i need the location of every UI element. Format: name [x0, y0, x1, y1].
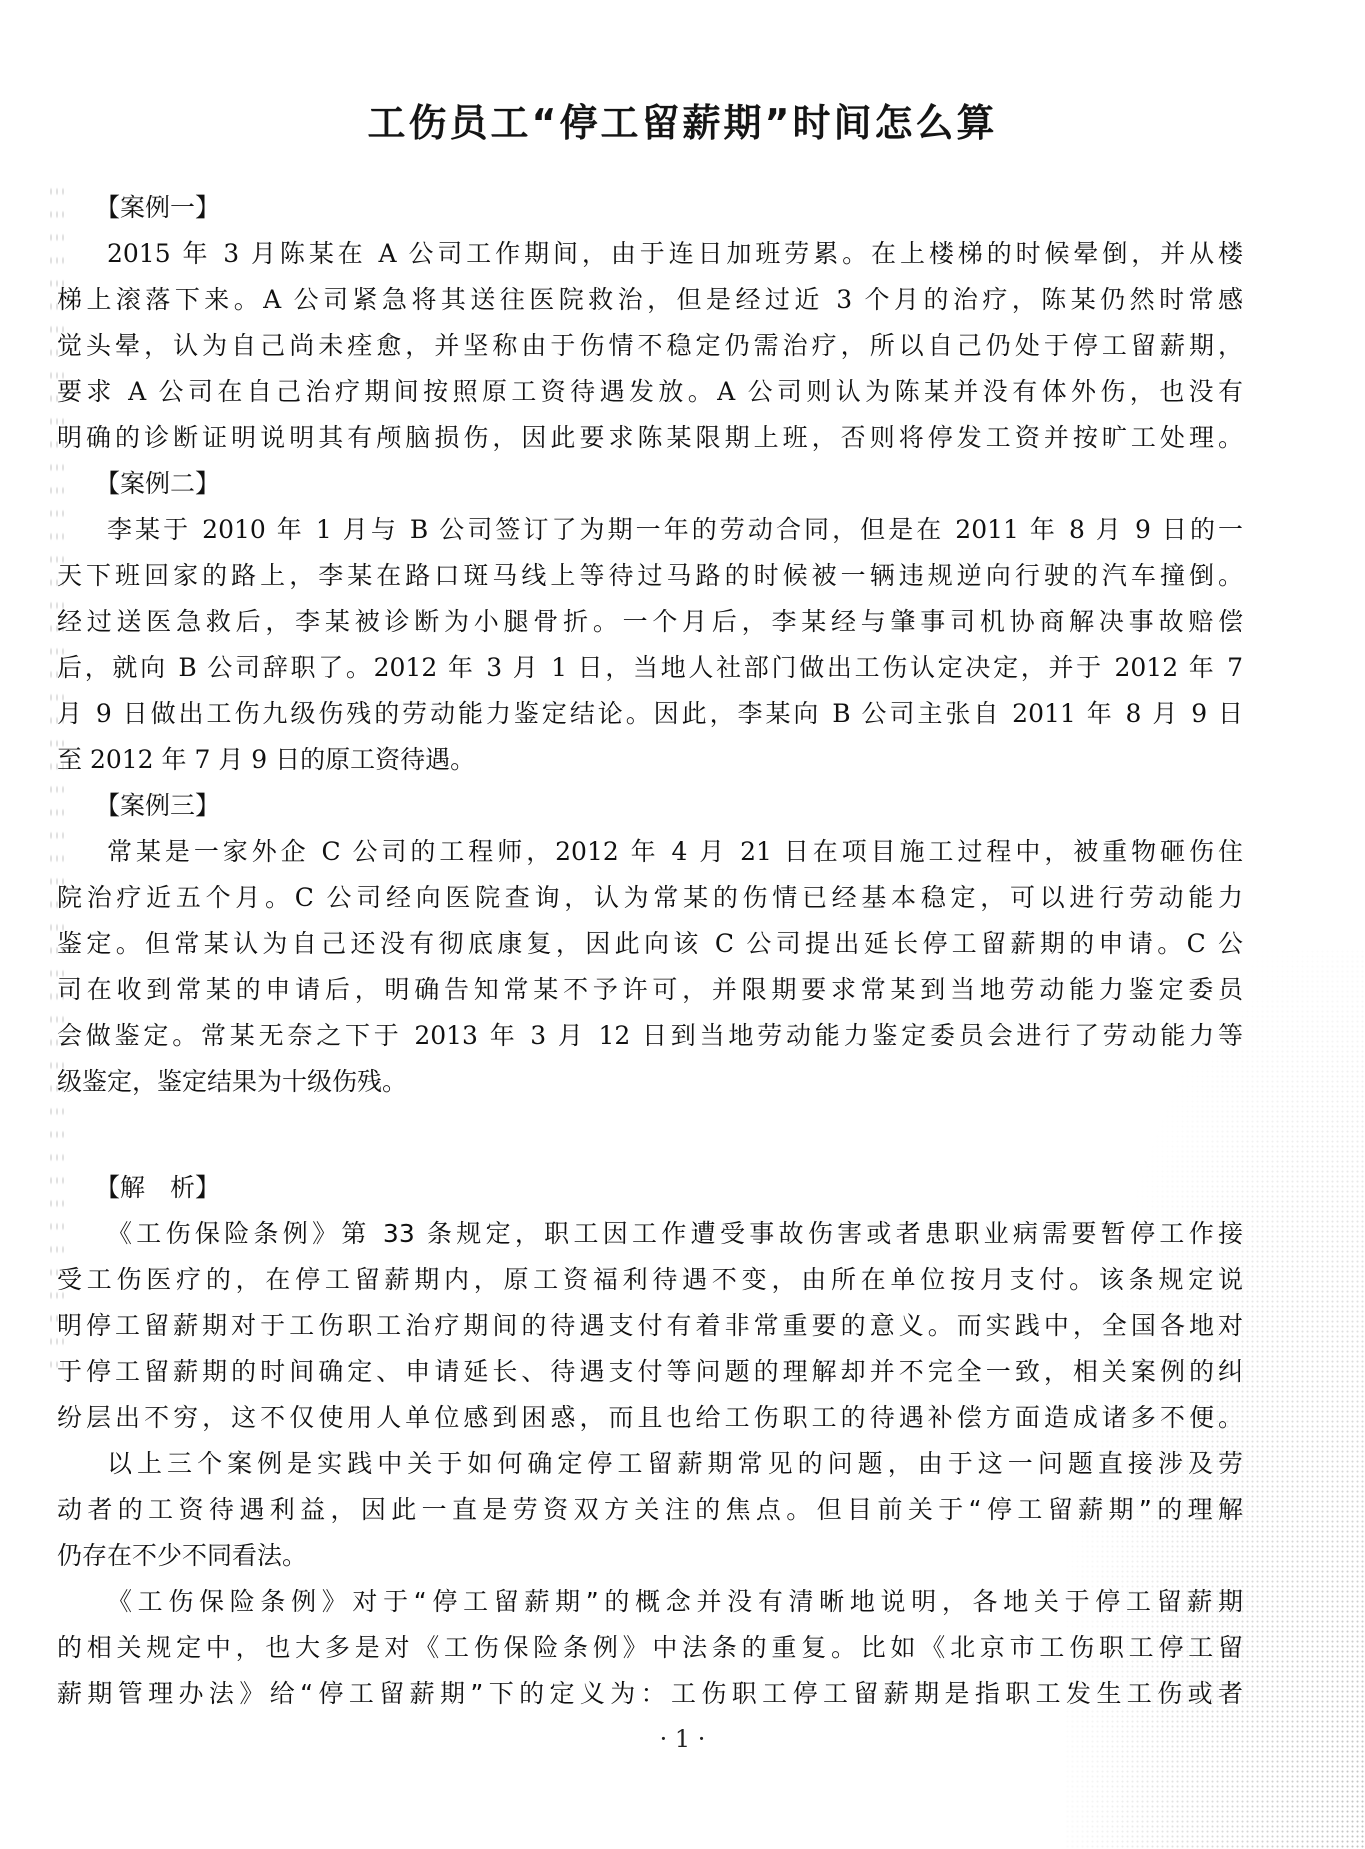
case-2-paragraph: 李某于 2010 年 1 月与 B 公司签订了为期一年的劳动合同，但是在 201…	[57, 507, 1243, 783]
case-1-heading: 【案例一】	[57, 185, 1243, 231]
text-line: 仍存在不少不同看法。	[57, 1533, 1243, 1579]
text-line: 以上三个案例是实践中关于如何确定停工留薪期常见的问题，由于这一问题直接涉及劳	[57, 1441, 1243, 1487]
article-body: 【案例一】 2015 年 3 月陈某在 A 公司工作期间，由于连日加班劳累。在上…	[57, 185, 1243, 1717]
section-spacer-small	[57, 1151, 1243, 1165]
text-line: 经过送医急救后，李某被诊断为小腿骨折。一个月后，李某经与肇事司机协商解决事故赔偿	[57, 599, 1243, 645]
text-line: 要求 A 公司在自己治疗期间按照原工资待遇发放。A 公司则认为陈某并没有体外伤，…	[57, 369, 1243, 415]
text-line: 觉头晕，认为自己尚未痊愈，并坚称由于伤情不稳定仍需治疗，所以自己仍处于停工留薪期…	[57, 323, 1243, 369]
text-line: 鉴定。但常某认为自己还没有彻底康复，因此向该 C 公司提出延长停工留薪期的申请。…	[57, 921, 1243, 967]
section-spacer	[57, 1105, 1243, 1151]
text-line: 常某是一家外企 C 公司的工程师，2012 年 4 月 21 日在项目施工过程中…	[57, 829, 1243, 875]
text-line: 《工伤保险条例》对于“停工留薪期”的概念并没有清晰地说明，各地关于停工留薪期	[57, 1579, 1243, 1625]
page-title: 工伤员工“停工留薪期”时间怎么算	[0, 92, 1365, 147]
case-1-paragraph: 2015 年 3 月陈某在 A 公司工作期间，由于连日加班劳累。在上楼梯的时候晕…	[57, 231, 1243, 461]
text-line: 至 2012 年 7 月 9 日的原工资待遇。	[57, 737, 1243, 783]
case-3-heading: 【案例三】	[57, 783, 1243, 829]
text-line: 李某于 2010 年 1 月与 B 公司签订了为期一年的劳动合同，但是在 201…	[57, 507, 1243, 553]
case-2-heading: 【案例二】	[57, 461, 1243, 507]
document-page: 工伤员工“停工留薪期”时间怎么算 【案例一】 2015 年 3 月陈某在 A 公…	[0, 0, 1365, 1849]
text-line: 《工伤保险条例》第 33 条规定，职工因工作遭受事故伤害或者患职业病需要暂停工作…	[57, 1211, 1243, 1257]
text-line: 明确的诊断证明说明其有颅脑损伤，因此要求陈某限期上班，否则将停发工资并按旷工处理…	[57, 415, 1243, 461]
text-line: 天下班回家的路上，李某在路口斑马线上等待过马路的时候被一辆违规逆向行驶的汽车撞倒…	[57, 553, 1243, 599]
text-line: 后，就向 B 公司辞职了。2012 年 3 月 1 日，当地人社部门做出工伤认定…	[57, 645, 1243, 691]
text-line: 月 9 日做出工伤九级伤残的劳动能力鉴定结论。因此，李某向 B 公司主张自 20…	[57, 691, 1243, 737]
analysis-paragraph-1: 《工伤保险条例》第 33 条规定，职工因工作遭受事故伤害或者患职业病需要暂停工作…	[57, 1211, 1243, 1441]
text-line: 梯上滚落下来。A 公司紧急将其送往医院救治，但是经过近 3 个月的治疗，陈某仍然…	[57, 277, 1243, 323]
text-line: 2015 年 3 月陈某在 A 公司工作期间，由于连日加班劳累。在上楼梯的时候晕…	[57, 231, 1243, 277]
text-line: 院治疗近五个月。C 公司经向医院查询，认为常某的伤情已经基本稳定，可以进行劳动能…	[57, 875, 1243, 921]
text-line: 司在收到常某的申请后，明确告知常某不予许可，并限期要求常某到当地劳动能力鉴定委员	[57, 967, 1243, 1013]
page-number: · 1 ·	[0, 1725, 1365, 1753]
text-line: 薪期管理办法》给“停工留薪期”下的定义为：工伤职工停工留薪期是指职工发生工伤或者	[57, 1671, 1243, 1717]
text-line: 的相关规定中，也大多是对《工伤保险条例》中法条的重复。比如《北京市工伤职工停工留	[57, 1625, 1243, 1671]
text-line: 受工伤医疗的，在停工留薪期内，原工资福利待遇不变，由所在单位按月支付。该条规定说	[57, 1257, 1243, 1303]
text-line: 于停工留薪期的时间确定、申请延长、待遇支付等问题的理解却并不完全一致，相关案例的…	[57, 1349, 1243, 1395]
analysis-heading: 【解 析】	[57, 1165, 1243, 1211]
text-line: 纷层出不穷，这不仅使用人单位感到困惑，而且也给工伤职工的待遇补偿方面造成诸多不便…	[57, 1395, 1243, 1441]
analysis-paragraph-3: 《工伤保险条例》对于“停工留薪期”的概念并没有清晰地说明，各地关于停工留薪期 的…	[57, 1579, 1243, 1717]
case-3-paragraph: 常某是一家外企 C 公司的工程师，2012 年 4 月 21 日在项目施工过程中…	[57, 829, 1243, 1105]
text-line: 会做鉴定。常某无奈之下于 2013 年 3 月 12 日到当地劳动能力鉴定委员会…	[57, 1013, 1243, 1059]
analysis-paragraph-2: 以上三个案例是实践中关于如何确定停工留薪期常见的问题，由于这一问题直接涉及劳 动…	[57, 1441, 1243, 1579]
text-line: 明停工留薪期对于工伤职工治疗期间的待遇支付有着非常重要的意义。而实践中，全国各地…	[57, 1303, 1243, 1349]
text-line: 动者的工资待遇利益，因此一直是劳资双方关注的焦点。但目前关于“停工留薪期”的理解	[57, 1487, 1243, 1533]
text-line: 级鉴定，鉴定结果为十级伤残。	[57, 1059, 1243, 1105]
